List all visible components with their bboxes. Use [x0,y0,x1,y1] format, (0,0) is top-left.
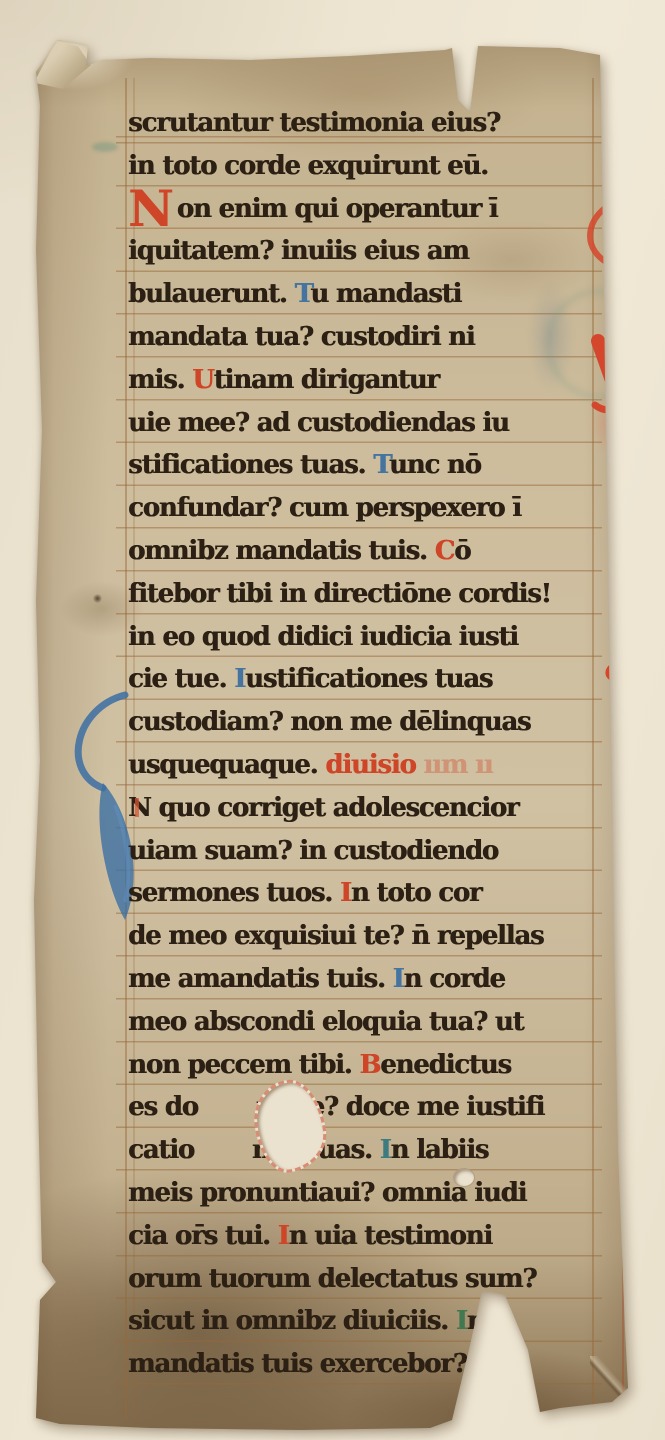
text-segment: meo abscondi eloquia tua? ut [128,1007,523,1037]
text-segment: bulauerunt. [128,279,294,309]
text-line: meis pronuntiaui? omnia iudi [128,1172,602,1215]
text-line: stificationes tuas. Tunc nō [128,444,602,487]
text-segment: quo corriget adolescencior [151,793,519,823]
text-segment: mis. [128,365,192,395]
text-segment: ō [454,536,470,566]
text-segment: in eo quod didici iudicia iusti [128,622,518,652]
colored-initial: B [359,1050,380,1080]
text-segment: u mandasti [310,279,461,309]
colored-initial: U [192,365,213,395]
text-line: Non enim qui operantur ī [128,188,602,231]
text-segment: n toto cor [351,878,482,908]
colored-initial: I [456,1306,467,1336]
red-penwork-hook [600,658,628,688]
green-pigment-mark [92,142,118,152]
text-line: es domine? doce me iustifi [128,1086,602,1129]
text-segment: sermones tuos. [128,878,340,908]
colored-initial: T [373,450,389,480]
text-line: in toto corde exquirunt eū. [128,145,602,188]
text-segment: confundar? cum perspexero ī [128,493,521,523]
text-line: de meo exquisiui te? n̄ repellas [128,915,602,958]
text-line: fitebor tibi in directiōne cordis! [128,573,602,616]
text-segment: sicut in omnibz diuiciis. [128,1306,456,1336]
colored-initial: N [128,179,174,238]
text-segment: me amandatis tuis. [128,964,393,994]
text-line: uie mee? ad custodiendas iu [128,402,602,445]
text-line: non peccem tibi. Benedictus [128,1044,602,1087]
text-lines: scrutantur testimonia eius?in toto corde… [128,102,602,1386]
colored-initial: diuisio [325,750,415,780]
text-segment: fitebor tibi in directiōne cordis! [128,579,551,609]
text-line: in eo quod didici iudicia iusti [128,616,602,659]
text-line: orum tuorum delectatus sum? [128,1258,602,1301]
text-segment: n labiis [391,1135,489,1165]
text-line: N quo corriget adolescencior [128,787,602,830]
text-line: cie tue. Iustificationes tuas [128,658,602,701]
colored-initial: I [234,664,245,694]
text-segment: cia or̄s tui. [128,1221,278,1251]
text-segment: scrutantur testimonia eius? [128,108,500,138]
text-segment: in toto corde exquirunt eū. [128,151,488,181]
folded-corner-flap [30,38,108,100]
parchment-hole-small [453,1168,475,1187]
colored-initial: I [340,878,351,908]
photograph-of-manuscript-leaf: scrutantur testimonia eius?in toto corde… [0,0,665,1440]
text-line: sicut in omnibz diuiciis. In [128,1300,602,1343]
text-segment: n [467,1306,485,1336]
text-line: sermones tuos. In toto cor [128,872,602,915]
text-line: confundar? cum perspexero ī [128,487,602,530]
text-line: uiam suam? in custodiendo [128,830,602,873]
colored-initial: I [278,1221,289,1251]
text-line: me amandatis tuis. In corde [128,958,602,1001]
parchment-leaf: scrutantur testimonia eius?in toto corde… [30,38,632,1430]
colored-initial: I [380,1135,391,1165]
text-segment: tinam dirigantur [214,365,439,395]
text-line: cationes tuas. In labiis [128,1129,602,1172]
text-segment: unc nō [389,450,481,480]
text-segment: es do [128,1092,198,1122]
text-segment: de meo exquisiui te? n̄ repellas [128,921,543,951]
colored-initial: C [435,536,455,566]
text-segment: cie tue. [128,664,234,694]
text-segment: stificationes tuas. [128,450,373,480]
text-segment: omnibz mandatis tuis. [128,536,435,566]
text-segment: N [128,793,151,823]
text-line: omnibz mandatis tuis. Cō [128,530,602,573]
text-line: mandata tua? custodiri ni [128,316,602,359]
text-segment: mandata tua? custodiri ni [128,322,474,352]
text-line: meo abscondi eloquia tua? ut [128,1001,602,1044]
text-line: cia or̄s tui. In uia testimoni [128,1215,602,1258]
text-line: custodiam? non me dēlinquas [128,701,602,744]
text-line: iquitatem? inuiis eius am [128,230,602,273]
text-segment: orum tuorum delectatus sum? [128,1264,536,1294]
text-segment: custodiam? non me dēlinquas [128,707,530,737]
text-segment: usquequaque. [128,750,325,780]
text-segment: uie mee? ad custodiendas iu [128,408,509,438]
colored-initial: T [294,279,310,309]
text-segment: catio [128,1135,194,1165]
text-line: bulauerunt. Tu mandasti [128,273,602,316]
text-line: mandatis tuis exercebor? [128,1343,602,1386]
text-segment: uiam suam? in custodiendo [128,836,498,866]
text-segment: n uia testimoni [289,1221,492,1251]
text-segment: iquitatem? inuiis eius am [128,236,469,266]
text-segment: non peccem tibi. [128,1050,359,1080]
text-line: mis. Utinam dirigantur [128,359,602,402]
text-line: usquequaque. diuisio ıım ıı [128,744,602,787]
text-segment: on enim qui operantur ī [177,194,498,224]
small-ink-dot [93,594,102,603]
leaf-shadow-wrap: scrutantur testimonia eius?in toto corde… [0,0,665,1440]
text-segment: ustificationes tuas [245,664,492,694]
text-segment: enedictus [380,1050,511,1080]
text-segment: n corde [404,964,505,994]
colored-initial: I [393,964,404,994]
text-line: scrutantur testimonia eius? [128,102,602,145]
colored-initial: ıım ıı [416,750,493,780]
text-segment: mandatis tuis exercebor? [128,1349,467,1379]
